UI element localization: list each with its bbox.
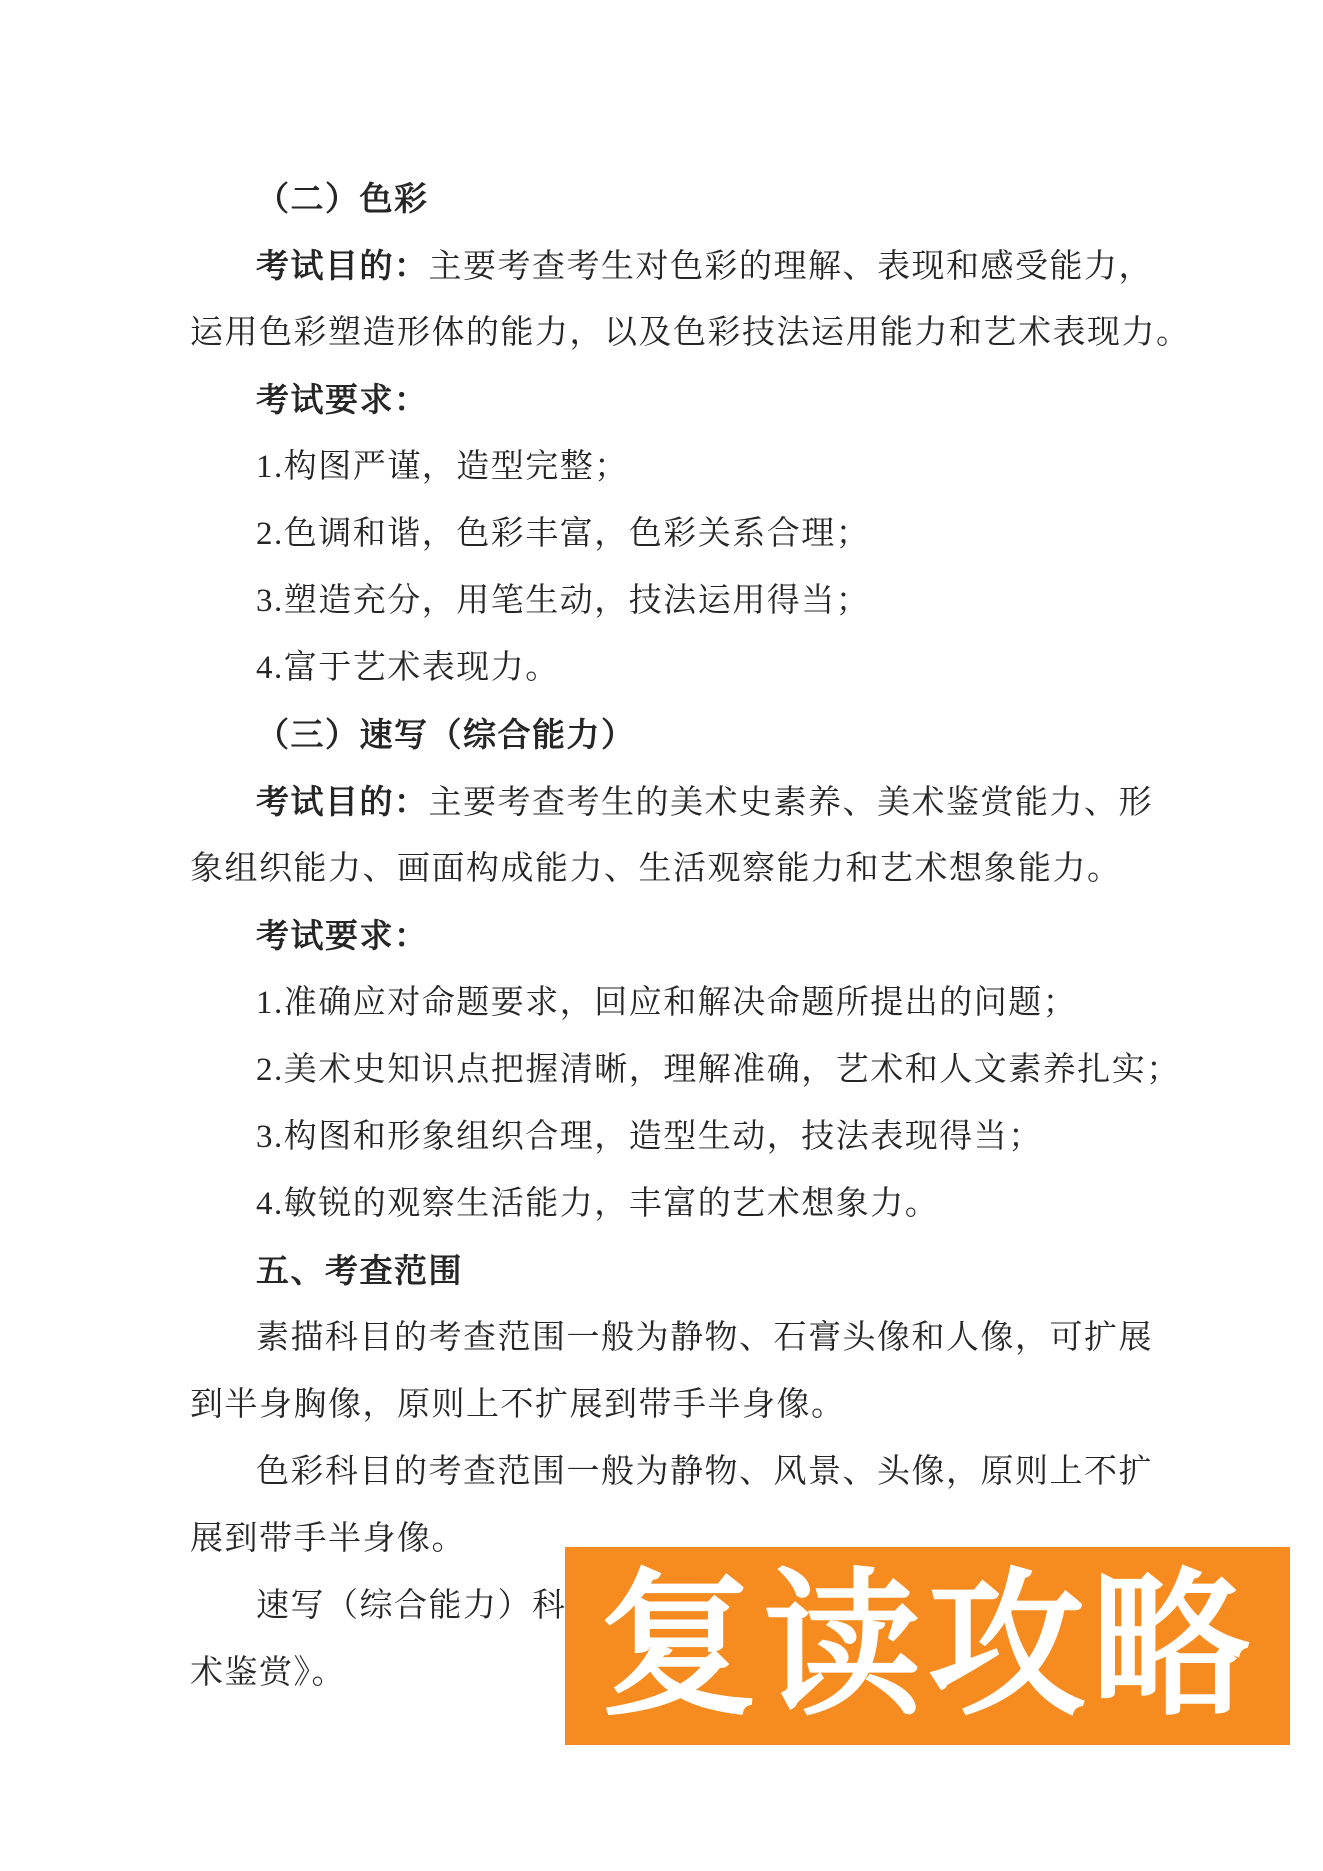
heading-text: 考试目的： — [256, 783, 429, 820]
text-line: 运用色彩塑造形体的能力，以及色彩技法运用能力和艺术表现力。 — [190, 314, 1200, 352]
text-line: 4.富于艺术表现力。 — [190, 649, 1266, 687]
body-text: 2.色调和谐，色彩丰富，色彩关系合理； — [256, 516, 870, 552]
body-text: 3.塑造充分，用笔生动，技法运用得当； — [256, 583, 870, 619]
text-line: 4.敏锐的观察生活能力，丰富的艺术想象力。 — [190, 1185, 1266, 1223]
text-line: 素描科目的考查范围一般为静物、石膏头像和人像，可扩展 — [190, 1319, 1266, 1357]
text-line: 色彩科目的考查范围一般为静物、风景、头像，原则上不扩 — [190, 1453, 1266, 1491]
body-text: 4.富于艺术表现力。 — [256, 650, 560, 686]
heading-text: 考试要求： — [256, 381, 429, 418]
body-text: 主要考查考生的美术史素养、美术鉴赏能力、形 — [429, 785, 1154, 821]
text-line: 1.构图严谨，造型完整； — [190, 448, 1266, 486]
text-line: 考试目的：主要考查考生的美术史素养、美术鉴赏能力、形 — [190, 783, 1266, 822]
text-line: 考试要求： — [190, 381, 1266, 420]
body-text: 1.构图严谨，造型完整； — [256, 449, 629, 485]
text-line: 考试要求： — [190, 917, 1266, 956]
body-text: 4.敏锐的观察生活能力，丰富的艺术想象力。 — [256, 1186, 939, 1222]
heading-text: （二）色彩 — [256, 180, 429, 217]
text-line: 1.准确应对命题要求，回应和解决命题所提出的问题； — [190, 984, 1266, 1022]
body-text: 到半身胸像，原则上不扩展到带手半身像。 — [190, 1387, 846, 1423]
body-text: 象组织能力、画面构成能力、生活观察能力和艺术想象能力。 — [190, 851, 1122, 887]
body-text: 2.美术史知识点把握清晰，理解准确，艺术和人文素养扎实； — [256, 1052, 1181, 1088]
body-text: 术鉴赏》。 — [190, 1655, 346, 1691]
heading-text: （三）速写（综合能力） — [256, 716, 636, 753]
body-text: 色彩科目的考查范围一般为静物、风景、头像，原则上不扩 — [256, 1454, 1153, 1490]
body-text: 素描科目的考查范围一般为静物、石膏头像和人像，可扩展 — [256, 1320, 1153, 1356]
heading-text: 五、考查范围 — [256, 1252, 463, 1289]
body-text: 3.构图和形象组织合理，造型生动，技法表现得当； — [256, 1119, 1043, 1155]
text-line: 考试目的：主要考查考生对色彩的理解、表现和感受能力， — [190, 247, 1266, 286]
body-text: 展到带手半身像。 — [190, 1521, 466, 1557]
body-text: 1.准确应对命题要求，回应和解决命题所提出的问题； — [256, 985, 1077, 1021]
text-line: 象组织能力、画面构成能力、生活观察能力和艺术想象能力。 — [190, 850, 1200, 888]
text-line: 3.构图和形象组织合理，造型生动，技法表现得当； — [190, 1118, 1266, 1156]
text-line: 2.色调和谐，色彩丰富，色彩关系合理； — [190, 515, 1266, 553]
heading-text: 考试要求： — [256, 917, 429, 954]
body-text: 速写（综合能力）科目 — [256, 1588, 601, 1624]
text-line: 3.塑造充分，用笔生动，技法运用得当； — [190, 582, 1266, 620]
body-text: 主要考查考生对色彩的理解、表现和感受能力， — [429, 249, 1154, 285]
document-page: （二）色彩考试目的：主要考查考生对色彩的理解、表现和感受能力，运用色彩塑造形体的… — [0, 0, 1323, 1871]
text-line: 2.美术史知识点把握清晰，理解准确，艺术和人文素养扎实； — [190, 1051, 1266, 1089]
promo-banner: 复读攻略 — [565, 1547, 1290, 1745]
promo-banner-label: 复读攻略 — [600, 1567, 1256, 1725]
text-line: （二）色彩 — [190, 180, 1266, 219]
text-line: 五、考查范围 — [190, 1252, 1266, 1291]
text-line: 到半身胸像，原则上不扩展到带手半身像。 — [190, 1386, 1200, 1424]
text-line: （三）速写（综合能力） — [190, 716, 1266, 755]
heading-text: 考试目的： — [256, 247, 429, 284]
body-text: 运用色彩塑造形体的能力，以及色彩技法运用能力和艺术表现力。 — [190, 315, 1191, 351]
